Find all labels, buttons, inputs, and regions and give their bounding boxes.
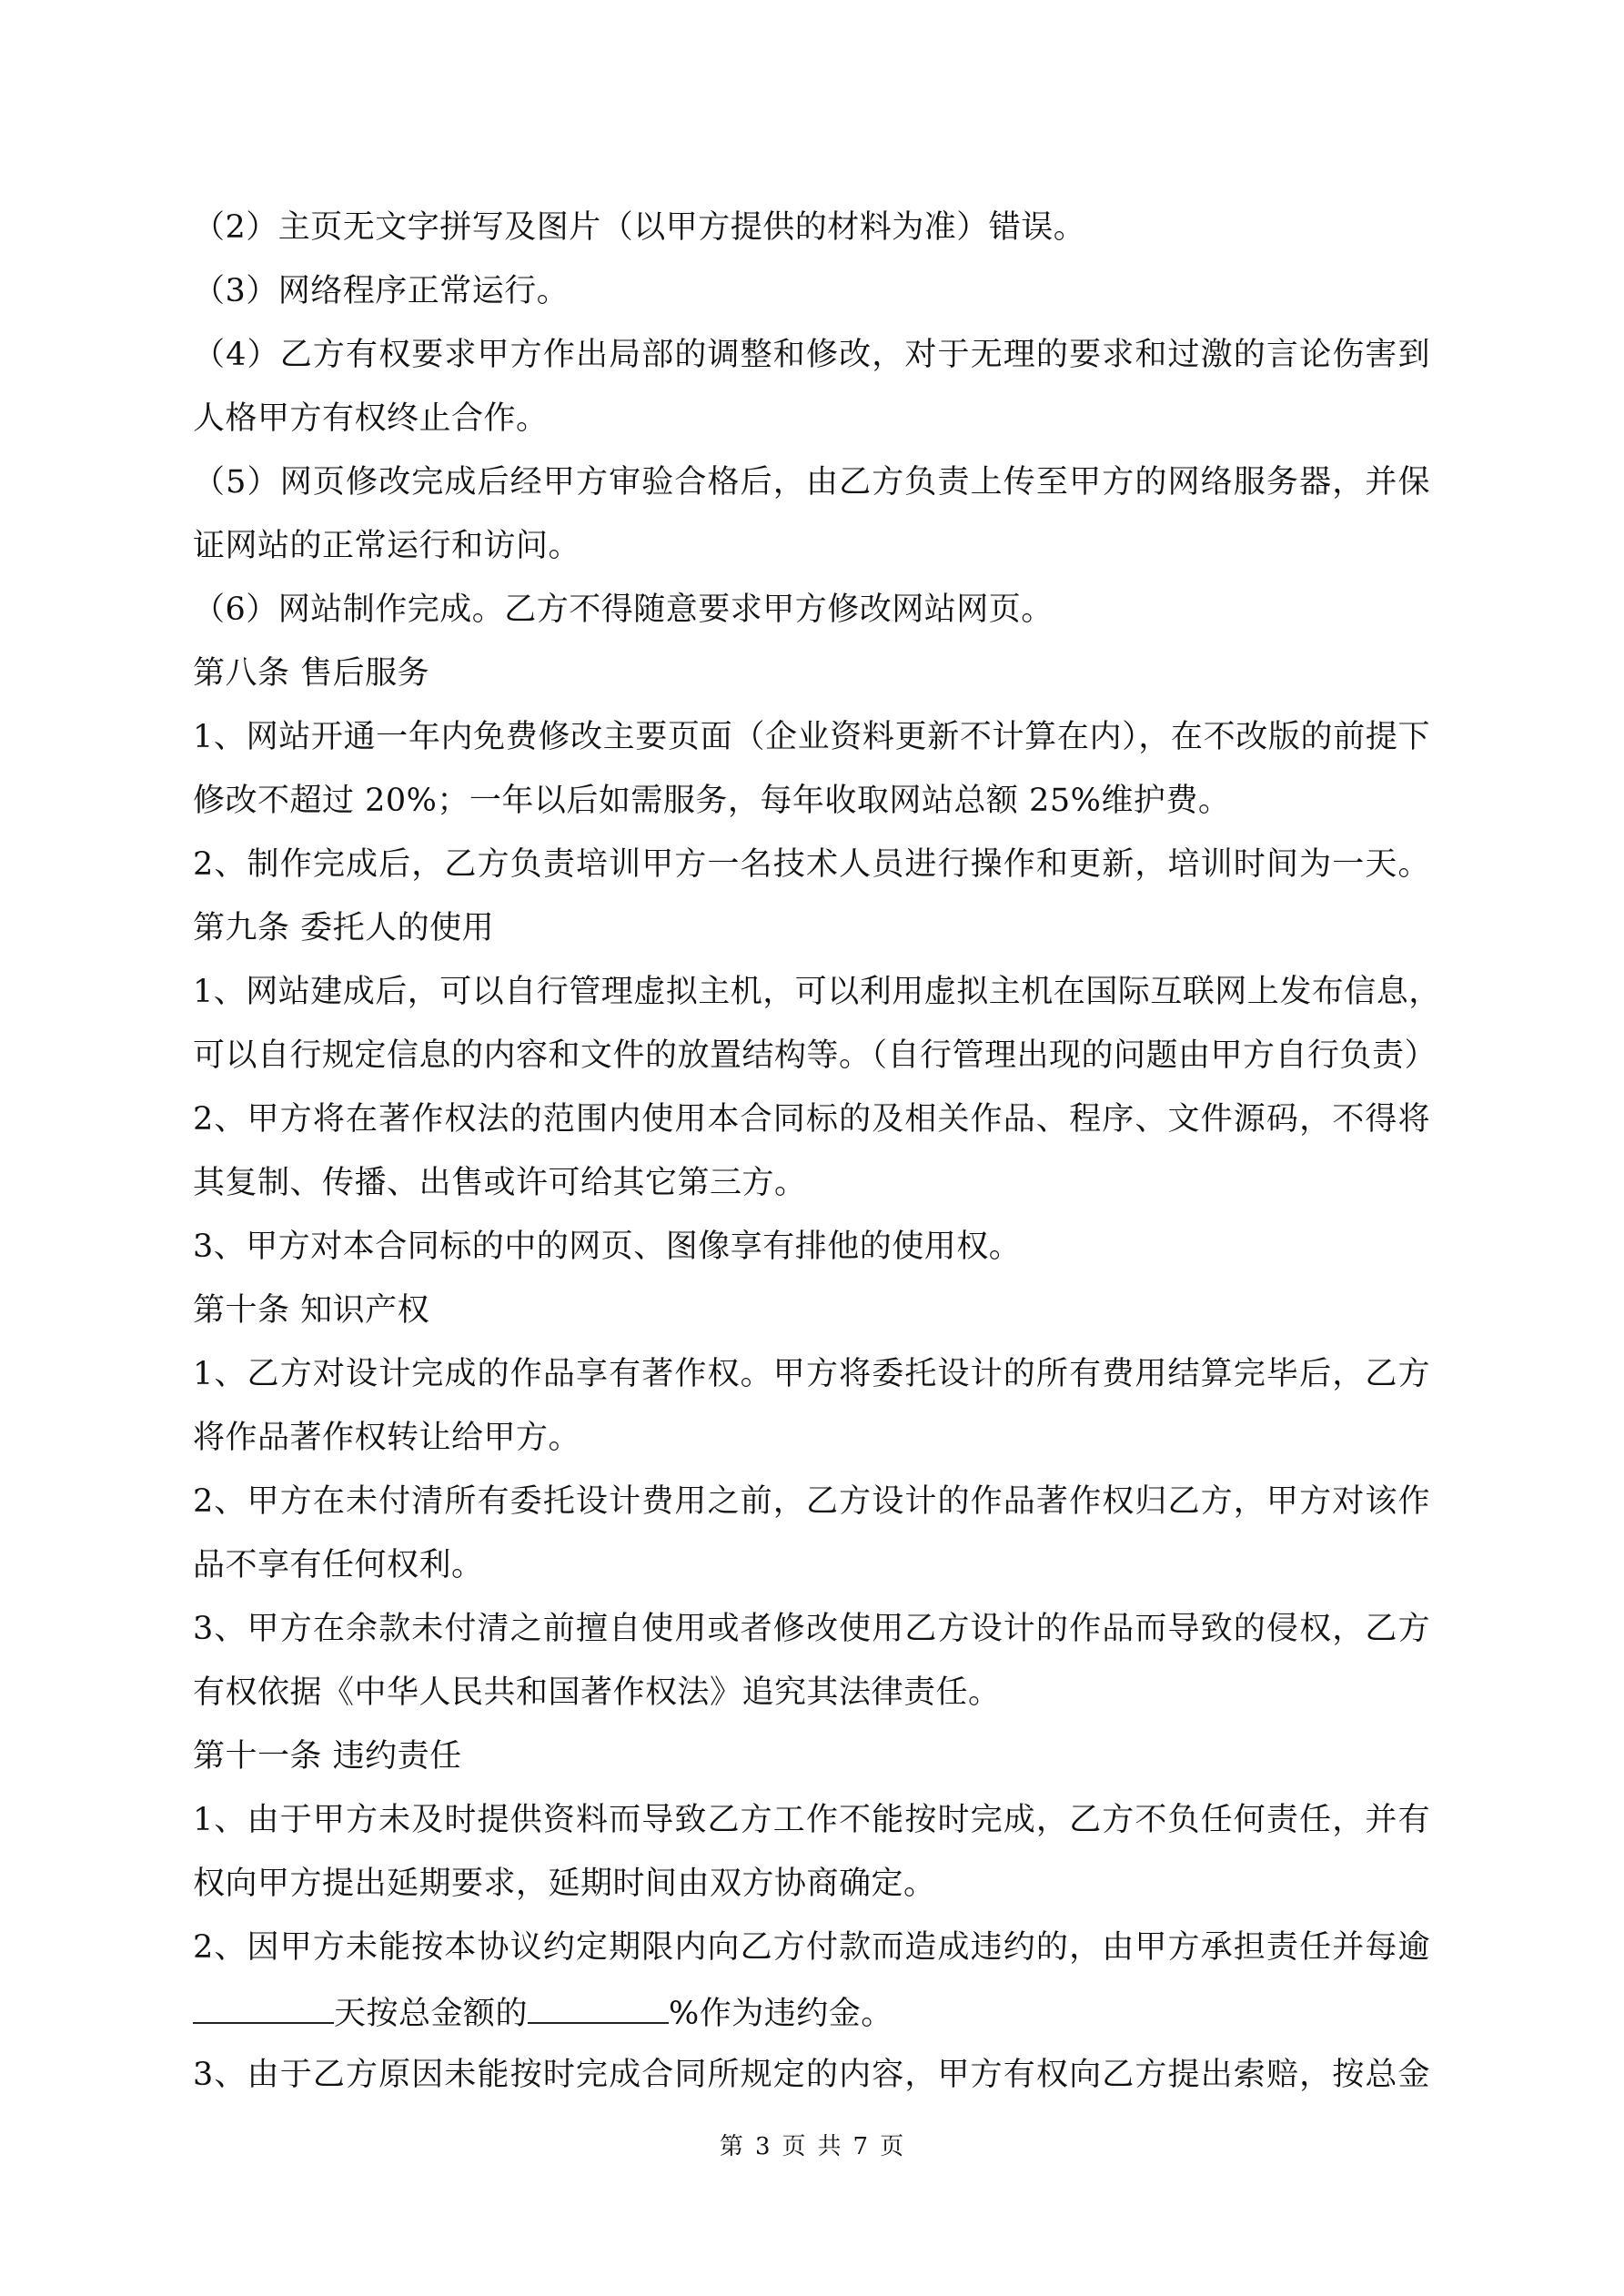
document-page: （2）主页无文字拼写及图片（以甲方提供的材料为准）错误。 （3）网络程序正常运行…: [193, 202, 1430, 2113]
heading-text: 第十条 知识产权: [193, 1292, 429, 1329]
clause-7-item-5-line-1: （5）网页修改完成后经甲方审验合格后，由乙方负责上传至甲方的网络服务器，并保: [193, 457, 1430, 521]
total-page-count: 7: [853, 2133, 870, 2160]
article-9-item-2-line-2: 其复制、传播、出售或许可给其它第三方。: [193, 1158, 1430, 1221]
paragraph-text: 权向甲方提出延期要求，延期时间由双方协商确定。: [193, 1866, 936, 1902]
paragraph-text: 天按总金额的: [334, 1996, 528, 2032]
clause-7-item-4-line-1: （4）乙方有权要求甲方作出局部的调整和修改，对于无理的要求和过激的言论伤害到: [193, 329, 1430, 393]
page-footer: 第3页共7页: [0, 2128, 1624, 2161]
paragraph-text: 3、甲方对本合同标的中的网页、图像享有排他的使用权。: [193, 1229, 1021, 1265]
paragraph-text: （6）网站制作完成。乙方不得随意要求甲方修改网站网页。: [193, 592, 1054, 628]
article-10-item-2-line-1: 2、甲方在未付清所有委托设计费用之前，乙方设计的作品著作权归乙方，甲方对该作: [193, 1476, 1430, 1540]
footer-text: 页: [782, 2133, 806, 2160]
footer-text: 第: [720, 2133, 744, 2160]
days-blank-field[interactable]: [193, 1986, 334, 2024]
article-8-item-1-line-1: 1、网站开通一年内免费修改主要页面（企业资料更新不计算在内），在不改版的前提下: [193, 712, 1430, 775]
section-heading-article-9: 第九条 委托人的使用: [193, 903, 1430, 966]
clause-7-item-2: （2）主页无文字拼写及图片（以甲方提供的材料为准）错误。: [193, 202, 1430, 266]
article-11-item-2-line-1: 2、因甲方未能按本协议约定期限内向乙方付款而造成违约的，由甲方承担责任并每逾: [193, 1922, 1430, 1986]
paragraph-text: 人格甲方有权终止合作。: [193, 400, 549, 437]
article-8-item-1-line-2: 修改不超过 20%；一年以后如需服务，每年收取网站总额 25%维护费。: [193, 775, 1430, 839]
article-10-item-3-line-2: 有权依据《中华人民共和国著作权法》追究其法律责任。: [193, 1667, 1430, 1731]
current-page-number: 3: [755, 2133, 772, 2160]
section-heading-article-10: 第十条 知识产权: [193, 1285, 1430, 1349]
clause-7-item-6: （6）网站制作完成。乙方不得随意要求甲方修改网站网页。: [193, 584, 1430, 648]
paragraph-text: 证网站的正常运行和访问。: [193, 528, 580, 564]
article-10-item-1-line-2: 将作品著作权转让给甲方。: [193, 1412, 1430, 1476]
article-8-item-2: 2、制作完成后，乙方负责培训甲方一名技术人员进行操作和更新，培训时间为一天。: [193, 839, 1430, 903]
article-11-item-1-line-2: 权向甲方提出延期要求，延期时间由双方协商确定。: [193, 1858, 1430, 1922]
article-11-item-2-line-2: 天按总金额的%作为违约金。: [193, 1986, 1430, 2049]
article-9-item-2-line-1: 2、甲方将在著作权法的范围内使用本合同标的及相关作品、程序、文件源码，不得将: [193, 1094, 1430, 1158]
paragraph-text: （2）主页无文字拼写及图片（以甲方提供的材料为准）错误。: [193, 209, 1085, 246]
article-11-item-3-line-1: 3、由于乙方原因未能按时完成合同所规定的内容，甲方有权向乙方提出索赔，按总金: [193, 2049, 1430, 2113]
article-10-item-3-line-1: 3、甲方在余款未付清之前擅自使用或者修改使用乙方设计的作品而导致的侵权，乙方: [193, 1603, 1430, 1667]
paragraph-text: 有权依据《中华人民共和国著作权法》追究其法律责任。: [193, 1674, 1001, 1711]
heading-text: 第八条 售后服务: [193, 655, 429, 692]
paragraph-text: 品不享有任何权利。: [193, 1547, 484, 1583]
clause-7-item-5-line-2: 证网站的正常运行和访问。: [193, 521, 1430, 584]
article-9-item-1-line-2: 可以自行规定信息的内容和文件的放置结构等。（自行管理出现的问题由甲方自行负责）: [193, 1030, 1430, 1094]
paragraph-text: 修改不超过 20%；一年以后如需服务，每年收取网站总额 25%维护费。: [193, 783, 1230, 819]
article-10-item-1-line-1: 1、乙方对设计完成的作品享有著作权。甲方将委托设计的所有费用结算完毕后，乙方: [193, 1349, 1430, 1412]
heading-text: 第十一条 违约责任: [193, 1738, 462, 1775]
article-9-item-1-line-1: 1、网站建成后，可以自行管理虚拟主机，可以利用虚拟主机在国际互联网上发布信息，: [193, 966, 1430, 1030]
heading-text: 第九条 委托人的使用: [193, 910, 494, 946]
percent-blank-field[interactable]: [528, 1986, 669, 2024]
footer-text: 页: [880, 2133, 904, 2160]
clause-7-item-3: （3）网络程序正常运行。: [193, 266, 1430, 329]
section-heading-article-8: 第八条 售后服务: [193, 648, 1430, 712]
article-11-item-1-line-1: 1、由于甲方未及时提供资料而导致乙方工作不能按时完成，乙方不负任何责任，并有: [193, 1795, 1430, 1858]
footer-text: 共: [818, 2133, 842, 2160]
paragraph-text: 将作品著作权转让给甲方。: [193, 1420, 580, 1456]
article-9-item-3: 3、甲方对本合同标的中的网页、图像享有排他的使用权。: [193, 1221, 1430, 1285]
clause-7-item-4-line-2: 人格甲方有权终止合作。: [193, 393, 1430, 457]
paragraph-text: 其复制、传播、出售或许可给其它第三方。: [193, 1165, 807, 1201]
paragraph-text: （3）网络程序正常运行。: [193, 273, 569, 309]
section-heading-article-11: 第十一条 违约责任: [193, 1731, 1430, 1795]
paragraph-text: %作为违约金。: [669, 1996, 893, 2032]
article-10-item-2-line-2: 品不享有任何权利。: [193, 1540, 1430, 1603]
